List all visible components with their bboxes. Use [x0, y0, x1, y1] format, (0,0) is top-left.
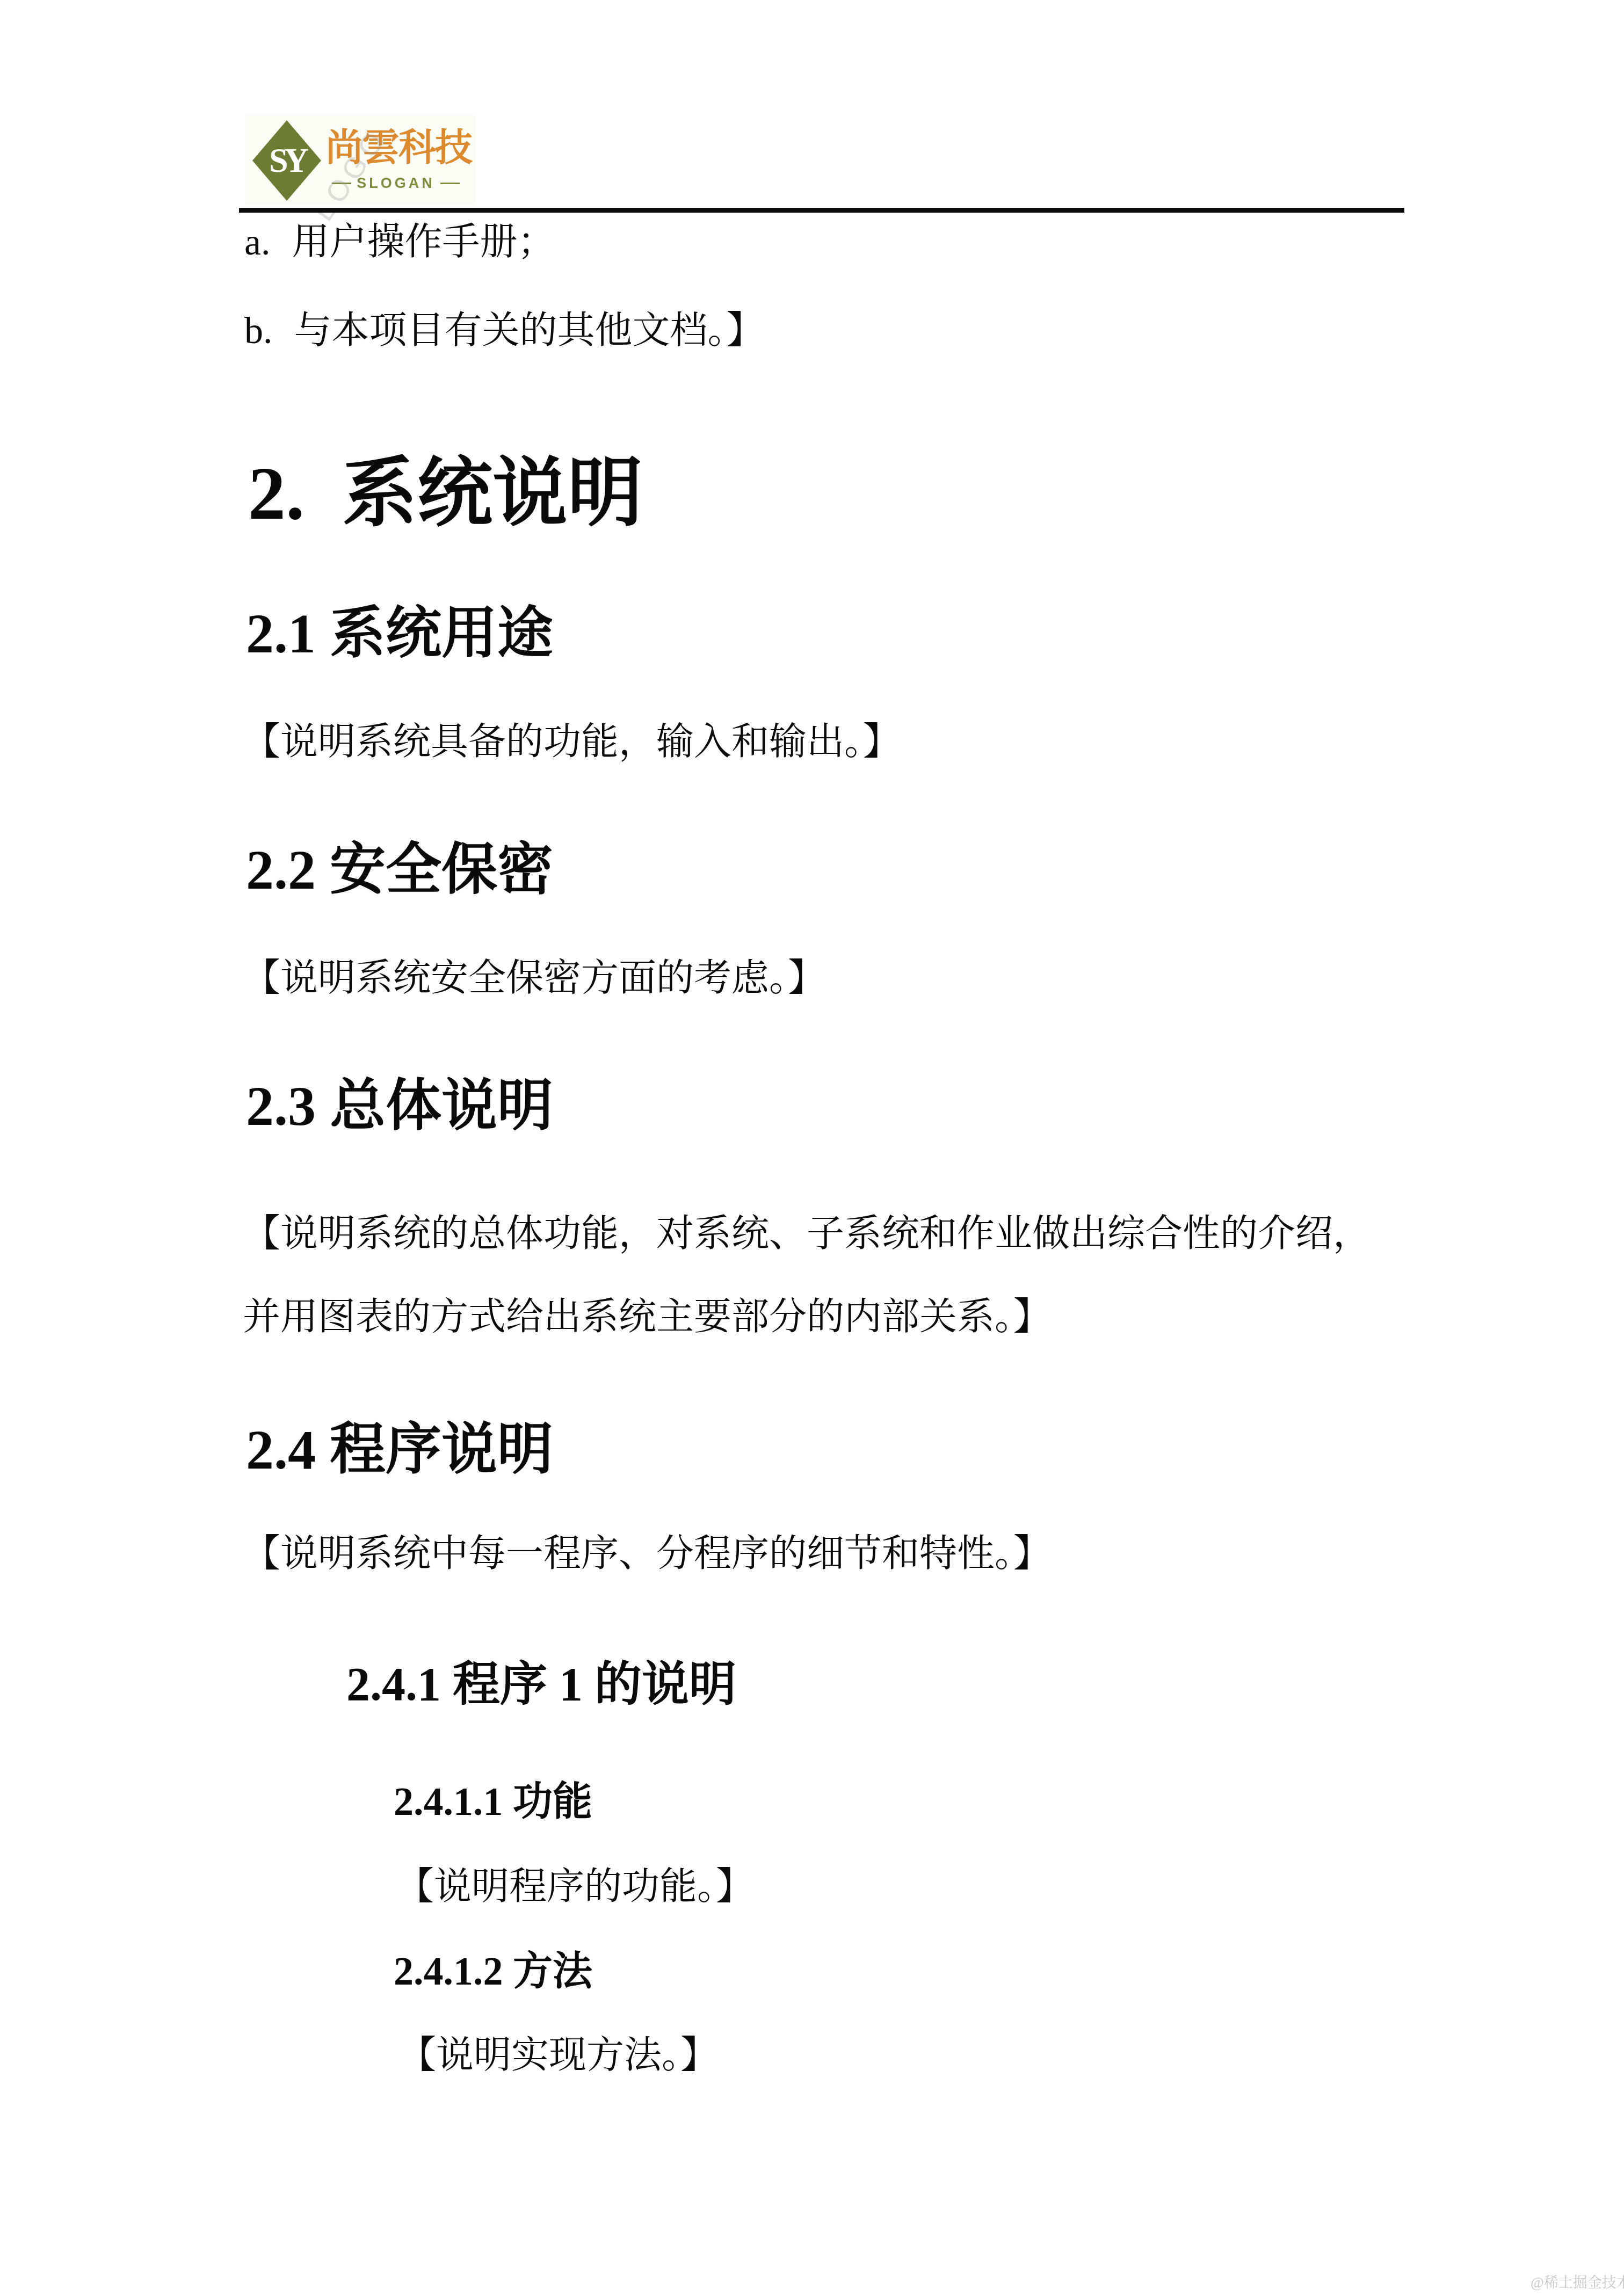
- chapter-heading: 2. 系统说明: [248, 454, 643, 533]
- subsubsection-body-2-4-1-2: 【说明实现方法。】: [398, 2035, 718, 2076]
- list-item-a: a. 用户操作手册；: [244, 222, 555, 263]
- document-page: SY 尚雲科技 SLOGAN LOGO a. 用户操作手册； b. 与本项目有关…: [0, 0, 1624, 2296]
- slogan-right-dash: [440, 183, 460, 184]
- section-heading-2-3: 2.3 总体说明: [246, 1077, 553, 1136]
- logo-slogan-row: SLOGAN: [332, 176, 460, 191]
- slogan-left-dash: [332, 183, 351, 184]
- chapter-number: 2.: [248, 454, 305, 533]
- section-body-2-2: 【说明系统安全保密方面的考虑。】: [243, 958, 825, 999]
- header-divider: [239, 208, 1404, 213]
- company-logo: SY 尚雲科技 SLOGAN LOGO: [245, 115, 476, 205]
- list-item-b: b. 与本项目有关的其他文档。】: [244, 310, 764, 352]
- subsubsection-body-2-4-1-1: 【说明程序的功能。】: [396, 1866, 753, 1908]
- section-heading-2-1: 2.1 系统用途: [246, 605, 553, 663]
- logo-company-name: 尚雲科技: [325, 130, 472, 168]
- list-item-a-text: 用户操作手册；: [292, 222, 555, 263]
- list-item-a-marker: a.: [244, 222, 271, 263]
- list-item-b-text: 与本项目有关的其他文档。】: [294, 310, 764, 352]
- section-body-2-4: 【说明系统中每一程序、分程序的细节和特性。】: [243, 1534, 1051, 1575]
- section-body-2-3-line-1: 【说明系统的总体功能，对系统、子系统和作业做出综合性的介绍，: [243, 1214, 1371, 1255]
- subsection-heading-2-4-1: 2.4.1 程序 1 的说明: [346, 1660, 736, 1710]
- site-watermark: @稀土掘金技术社区: [1531, 2276, 1624, 2290]
- section-body-2-3-line-2: 并用图表的方式给出系统主要部分的内部关系。】: [243, 1297, 1051, 1338]
- section-body-2-1: 【说明系统具备的功能，输入和输出。】: [243, 722, 901, 763]
- section-heading-2-2: 2.2 安全保密: [246, 841, 553, 899]
- logo-monogram: SY: [252, 120, 324, 201]
- slogan-text: SLOGAN: [357, 176, 435, 191]
- list-item-b-marker: b.: [244, 310, 273, 352]
- subsubsection-heading-2-4-1-2: 2.4.1.2 方法: [394, 1951, 592, 1993]
- section-heading-2-4: 2.4 程序说明: [246, 1421, 553, 1479]
- subsubsection-heading-2-4-1-1: 2.4.1.1 功能: [394, 1782, 592, 1823]
- chapter-title: 系统说明: [342, 454, 643, 533]
